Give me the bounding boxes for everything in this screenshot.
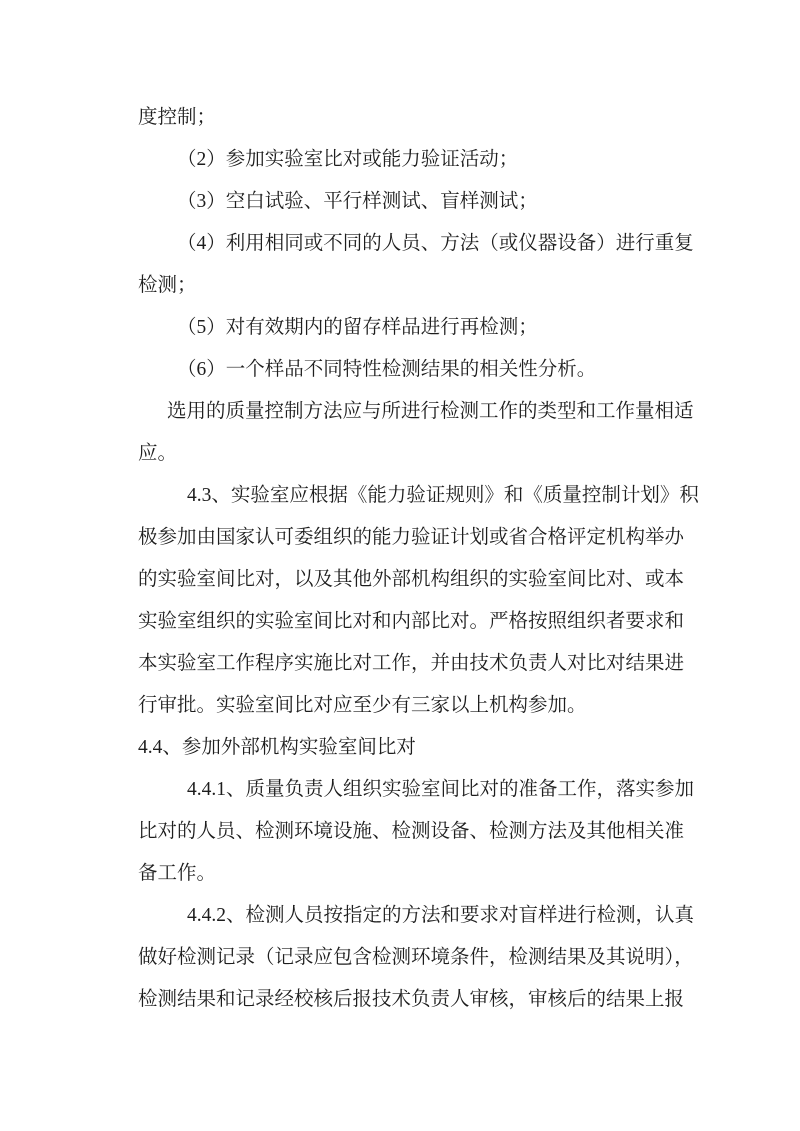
text-line: 做好检测记录（记录应包含检测环境条件，检测结果及其说明）， [138,937,778,979]
section-4-4-2: 4.4.2、检测人员按指定的方法和要求对盲样进行检测，认真 做好检测记录（记录应… [138,895,778,1021]
text-line: （3）空白试验、平行样测试、盲样测试； [138,181,778,223]
document-page: 度控制； （2）参加实验室比对或能力验证活动； （3）空白试验、平行样测试、盲样… [0,0,800,1131]
text-line: 的实验室间比对，以及其他外部机构组织的实验室间比对、或本 [138,559,778,601]
list-item-5: （5）对有效期内的留存样品进行再检测； [138,307,778,349]
text-line: （2）参加实验室比对或能力验证活动； [138,139,778,181]
text-line: （4）利用相同或不同的人员、方法（或仪器设备）进行重复 [138,223,778,265]
text-line: 4.4、参加外部机构实验室间比对 [138,727,778,769]
document-text-block: 度控制； （2）参加实验室比对或能力验证活动； （3）空白试验、平行样测试、盲样… [138,97,778,1021]
text-line: 4.3、实验室应根据《能力验证规则》和《质量控制计划》积 [138,475,778,517]
text-line: 备工作。 [138,853,778,895]
paragraph-quality-method: 选用的质量控制方法应与所进行检测工作的类型和工作量相适 应。 [138,391,778,475]
text-line: 检测； [138,265,778,307]
text-line: 应。 [138,433,778,475]
text-line: 极参加由国家认可委组织的能力验证计划或省合格评定机构举办 [138,517,778,559]
text-line: 实验室组织的实验室间比对和内部比对。严格按照组织者要求和 [138,601,778,643]
list-item-6: （6）一个样品不同特性检测结果的相关性分析。 [138,349,778,391]
list-item-4: （4）利用相同或不同的人员、方法（或仪器设备）进行重复 检测； [138,223,778,307]
heading-4-4: 4.4、参加外部机构实验室间比对 [138,727,778,769]
text-line: 4.4.2、检测人员按指定的方法和要求对盲样进行检测，认真 [138,895,778,937]
section-4-3: 4.3、实验室应根据《能力验证规则》和《质量控制计划》积 极参加由国家认可委组织… [138,475,778,727]
text-line: 选用的质量控制方法应与所进行检测工作的类型和工作量相适 [138,391,778,433]
paragraph-continuation: 度控制； [138,97,778,139]
text-line: 本实验室工作程序实施比对工作，并由技术负责人对比对结果进 [138,643,778,685]
list-item-2: （2）参加实验室比对或能力验证活动； [138,139,778,181]
text-line: 4.4.1、质量负责人组织实验室间比对的准备工作，落实参加 [138,769,778,811]
list-item-3: （3）空白试验、平行样测试、盲样测试； [138,181,778,223]
text-line: 检测结果和记录经校核后报技术负责人审核，审核后的结果上报 [138,979,778,1021]
text-line: 度控制； [138,97,778,139]
text-line: 行审批。实验室间比对应至少有三家以上机构参加。 [138,685,778,727]
text-line: 比对的人员、检测环境设施、检测设备、检测方法及其他相关准 [138,811,778,853]
text-line: （6）一个样品不同特性检测结果的相关性分析。 [138,349,778,391]
section-4-4-1: 4.4.1、质量负责人组织实验室间比对的准备工作，落实参加 比对的人员、检测环境… [138,769,778,895]
text-line: （5）对有效期内的留存样品进行再检测； [138,307,778,349]
